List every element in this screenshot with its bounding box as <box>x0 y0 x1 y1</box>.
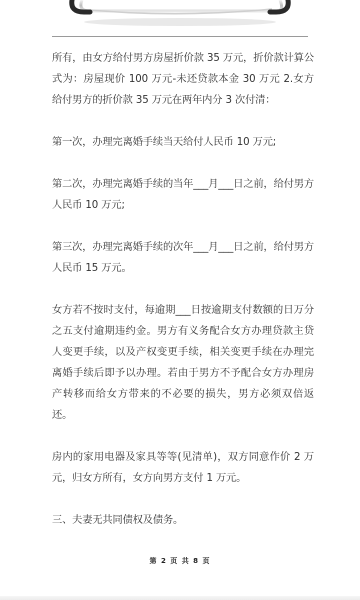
paragraph-no-debts: 三、夫妻无共同债权及债务。 <box>52 510 314 531</box>
paragraph-first-payment: 第一次，办理完离婚手续当天给付人民币 10 万元; <box>52 132 314 153</box>
paragraph-third-payment: 第三次，办理完离婚手续的次年___月___日之前，给付男方人民币 15 万元。 <box>52 237 314 279</box>
paragraph-house-payment: 所有，由女方给付男方房屋折价款 35 万元，折价款计算公式为：房屋现价 100 … <box>52 48 314 111</box>
paragraph-second-payment: 第二次，办理完离婚手续的当年___月___日之前，给付男方人民币 10 万元; <box>52 174 314 216</box>
header-divider <box>52 36 308 37</box>
page-number: 第 2 页 共 8 页 <box>0 556 360 566</box>
paragraph-late-penalty: 女方若不按时支付，每逾期___日按逾期支付数额的日万分之五支付逾期违约金。男方有… <box>52 300 314 426</box>
document-body: 所有，由女方给付男方房屋折价款 35 万元，折价款计算公式为：房屋现价 100 … <box>52 48 314 552</box>
paragraph-appliances: 房内的家用电器及家具等等(见清单)，双方同意作价 2 万元，归女方所有，女方向男… <box>52 447 314 489</box>
bottom-edge <box>0 596 360 600</box>
binder-clip-icon <box>68 0 292 28</box>
